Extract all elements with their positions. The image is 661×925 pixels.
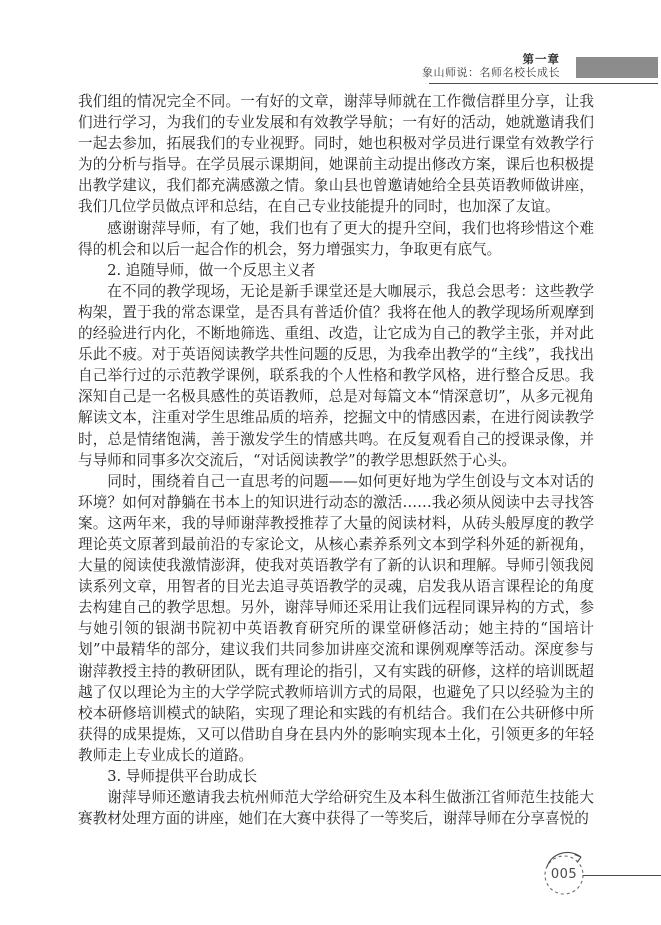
chapter-title: 象山师说：名师名校长成长 bbox=[422, 66, 560, 80]
paragraph: 感谢谢萍导师，有了她，我们也有了更大的提升空间，我们也将珍惜这个难得的机会和以后… bbox=[78, 218, 594, 260]
header-divider bbox=[429, 83, 658, 84]
section-heading: 3. 导师提供平台助成长 bbox=[78, 766, 594, 787]
book-page: 第一章 象山师说：名师名校长成长 我们组的情况完全不同。一有好的文章，谢萍导师就… bbox=[0, 0, 661, 925]
section-heading: 2. 追随导师，做一个反思主义者 bbox=[78, 260, 594, 281]
body-text-column: 我们组的情况完全不同。一有好的文章，谢萍导师就在工作微信群里分享，让我们进行学习… bbox=[78, 91, 594, 829]
footer-divider bbox=[583, 875, 661, 876]
chapter-label: 第一章 bbox=[422, 53, 560, 66]
paragraph: 同时，围绕着自己一直思考的问题——如何更好地为学生创设与文本对话的环境？如何对静… bbox=[78, 471, 594, 766]
page-header: 第一章 象山师说：名师名校长成长 bbox=[422, 53, 560, 80]
paragraph: 在不同的教学现场，无论是新手课堂还是大咖展示，我总会思考：这些教学构架，置于我的… bbox=[78, 281, 594, 471]
page-number-badge: 005 bbox=[541, 846, 589, 898]
paragraph: 我们组的情况完全不同。一有好的文章，谢萍导师就在工作微信群里分享，让我们进行学习… bbox=[78, 91, 594, 218]
page-number: 005 bbox=[545, 867, 583, 882]
header-accent-bar bbox=[576, 57, 658, 78]
paragraph: 谢萍导师还邀请我去杭州师范大学给研究生及本科生做浙江省师范生技能大赛教材处理方面… bbox=[78, 787, 594, 829]
